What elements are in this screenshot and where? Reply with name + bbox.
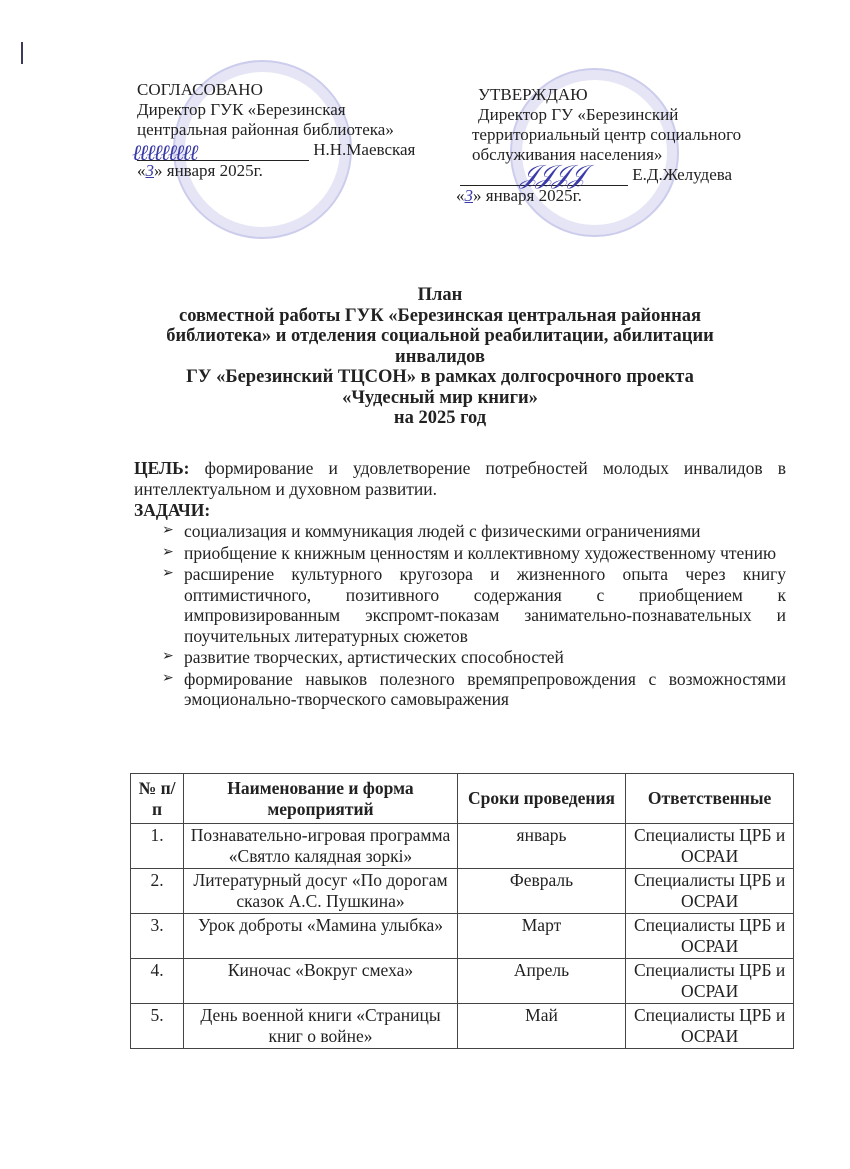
arrow-bullet-icon: ➢ (162, 543, 174, 564)
table-row: 1. Познавательно-игровая программа «Свят… (131, 824, 794, 869)
arrow-bullet-icon: ➢ (162, 521, 174, 542)
agreed-position-line1: Директор ГУК «Березинская (137, 100, 415, 120)
approved-signer-name: Е.Д.Желудева (632, 165, 732, 184)
table-header-row: № п/п Наименование и форма мероприятий С… (131, 774, 794, 824)
task-item: ➢расширение культурного кругозора и жизн… (162, 564, 786, 646)
goal-label: ЦЕЛЬ: (134, 458, 190, 478)
events-plan-table: № п/п Наименование и форма мероприятий С… (130, 773, 794, 1049)
arrow-bullet-icon: ➢ (162, 564, 174, 585)
goal-paragraph: ЦЕЛЬ: формирование и удовлетворение потр… (134, 458, 786, 499)
task-item: ➢развитие творческих, артистических спос… (162, 647, 786, 668)
approved-heading: УТВЕРЖДАЮ (472, 85, 741, 105)
task-item: ➢формирование навыков полезного времяпре… (162, 669, 786, 710)
arrow-bullet-icon: ➢ (162, 669, 174, 690)
approved-position-line2: территориальный центр социального (472, 125, 741, 145)
table-row: 5. День военной книги «Страницы книг о в… (131, 1004, 794, 1049)
col-header-responsible: Ответственные (626, 774, 794, 824)
scan-artifact (21, 42, 23, 64)
task-item: ➢социализация и коммуникация людей с физ… (162, 521, 786, 542)
table-row: 4. Киночас «Вокруг смеха» Апрель Специал… (131, 959, 794, 1004)
table-row: 2. Литературный досуг «По дорогам сказок… (131, 869, 794, 914)
agreed-heading: СОГЛАСОВАНО (137, 80, 415, 100)
approved-position-line1: Директор ГУ «Березинский (472, 105, 741, 125)
col-header-event-name: Наименование и форма мероприятий (184, 774, 458, 824)
col-header-number: № п/п (131, 774, 184, 824)
approved-signature-line: Е.Д.Желудева (460, 165, 741, 186)
agreed-position-line2: центральная районная библиотека» (137, 120, 415, 140)
approved-position-line3: обслуживания населения» (472, 145, 741, 165)
col-header-term: Сроки проведения (457, 774, 625, 824)
date-day: 3 (465, 186, 474, 205)
handwritten-signature-left: ℓℓℓℓℓℓℓℓℓ (132, 140, 196, 166)
approved-block: УТВЕРЖДАЮ Директор ГУ «Березинский терри… (472, 85, 741, 206)
table-row: 3. Урок доброты «Мамина улыбка» Март Спе… (131, 914, 794, 959)
document-title: План совместной работы ГУК «Березинская … (130, 285, 750, 429)
tasks-list: ➢социализация и коммуникация людей с физ… (162, 521, 786, 711)
arrow-bullet-icon: ➢ (162, 647, 174, 668)
tasks-heading: ЗАДАЧИ: (134, 500, 210, 521)
approved-date: «3» января 2025г. (456, 186, 741, 206)
goal-text: формирование и удовлетворение потребност… (134, 458, 786, 499)
handwritten-signature-right: 𝒥𝒥𝒥𝒥 (520, 160, 584, 191)
task-item: ➢приобщение к книжным ценностям и коллек… (162, 543, 786, 564)
agreed-signer-name: Н.Н.Маевская (313, 140, 415, 159)
